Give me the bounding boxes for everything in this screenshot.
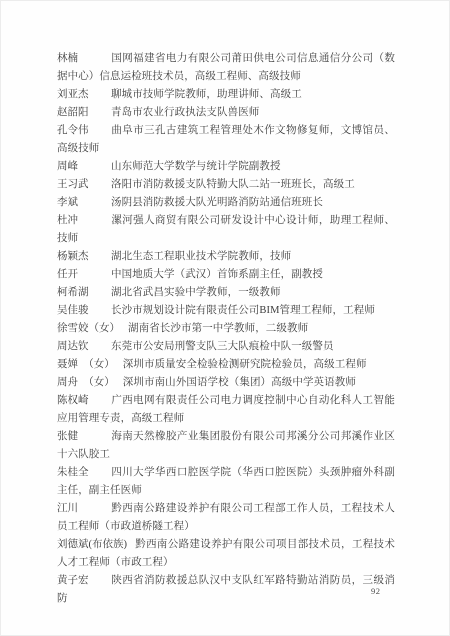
roster-entry: 王习武洛阳市消防救援支队特勤大队二站一班班长，高级工 (57, 176, 395, 194)
person-name: 江川 (57, 500, 103, 518)
person-description: 曲阜市三孔古建筑工程管理处木作文物修复师，文博馆员、高级技师 (57, 125, 395, 154)
roster-entry: 朱桂全四川大学华西口腔医学院（华西口腔医院）头颈肿瘤外科副主任，副主任医师 (57, 464, 395, 500)
roster-entry: 刘亚杰聊城市技师学院教师，助理讲师、高级工 (57, 86, 395, 104)
person-description: 长沙市规划设计院有限责任公司BIM管理工程师，工程师 (111, 305, 375, 316)
person-name: 周达钦 (57, 338, 103, 356)
person-name: 陈权崎 (57, 392, 103, 410)
person-description: 湖南省长沙市第一中学教师，二级教师 (128, 323, 308, 334)
person-description: 聊城市技师学院教师，助理讲师、高级工 (111, 89, 302, 100)
person-description: 深圳市南山外国语学校（集团）高级中学英语教师 (123, 377, 356, 388)
roster-entry: 孔令伟曲阜市三孔古建筑工程管理处木作文物修复师，文博馆员、高级技师 (57, 122, 395, 158)
person-name: 刘德斌(布依族) (57, 536, 127, 554)
roster-entry: 周峰山东师范大学数学与统计学院副教授 (57, 158, 395, 176)
person-description: 广西电网有限责任公司电力调度控制中心自动化科人工智能应用管理专责，高级工程师 (57, 395, 395, 424)
person-name: 周舟 （女） (57, 374, 115, 392)
person-description: 汤阴县消防救援大队光明路消防站通信班班长 (111, 197, 323, 208)
roster-entry: 杨颖杰湖北生态工程职业技术学院教师，技师 (57, 248, 395, 266)
person-description: 山东师范大学数学与统计学院副教授 (111, 161, 281, 172)
roster-entry: 张健海南天然橡胶产业集团股份有限公司邦溪分公司邦溪作业区十六队胶工 (57, 428, 395, 464)
roster-entry: 刘德斌(布依族)黔西南公路建设养护有限公司项目部技术员，工程技术人才工程师（市政… (57, 536, 395, 572)
person-name: 赵韶阳 (57, 104, 103, 122)
person-name: 杜冲 (57, 212, 103, 230)
roster-entry: 李斌汤阴县消防救援大队光明路消防站通信班班长 (57, 194, 395, 212)
roster-entry: 杜冲漯河强人商贸有限公司研发设计中心设计师，助理工程师、技师 (57, 212, 395, 248)
roster-entry: 周达钦东莞市公安局刑警支队三大队痕检中队一级警员 (57, 338, 395, 356)
person-name: 林楠 (57, 50, 103, 68)
person-name: 李斌 (57, 194, 103, 212)
roster-list: 林楠国网福建省电力有限公司莆田供电公司信息通信分公司（数据中心）信息运检班技术员… (57, 50, 395, 608)
person-name: 任开 (57, 266, 103, 284)
roster-entry: 徐雪姣（女）湖南省长沙市第一中学教师，二级教师 (57, 320, 395, 338)
roster-entry: 任开中国地质大学（武汉）首饰系副主任，副教授 (57, 266, 395, 284)
roster-entry: 林楠国网福建省电力有限公司莆田供电公司信息通信分公司（数据中心）信息运检班技术员… (57, 50, 395, 86)
person-name: 聂婵 （女） (57, 356, 115, 374)
person-name: 王习武 (57, 176, 103, 194)
roster-entry: 黄子宏陕西省消防救援总队汉中支队红军路特勤站消防员，三级消防 (57, 572, 395, 608)
person-name: 朱桂全 (57, 464, 103, 482)
roster-entry: 吴佳骏长沙市规划设计院有限责任公司BIM管理工程师，工程师 (57, 302, 395, 320)
person-description: 青岛市农业行政执法支队兽医师 (111, 107, 259, 118)
person-name: 黄子宏 (57, 572, 103, 590)
person-description: 海南天然橡胶产业集团股份有限公司邦溪分公司邦溪作业区十六队胶工 (57, 431, 395, 460)
roster-entry: 陈权崎广西电网有限责任公司电力调度控制中心自动化科人工智能应用管理专责，高级工程… (57, 392, 395, 428)
person-description: 湖北省武昌实验中学教师，一级教师 (111, 287, 281, 298)
person-name: 刘亚杰 (57, 86, 103, 104)
person-description: 黔西南公路建设养护有限公司工程部工作人员，工程技术人员工程师（市政道桥隧工程） (57, 503, 395, 532)
person-description: 四川大学华西口腔医学院（华西口腔医院）头颈肿瘤外科副主任，副主任医师 (57, 467, 395, 496)
person-description: 洛阳市消防救援支队特勤大队二站一班班长，高级工 (111, 179, 355, 190)
roster-entry: 周舟 （女）深圳市南山外国语学校（集团）高级中学英语教师 (57, 374, 395, 392)
person-description: 国网福建省电力有限公司莆田供电公司信息通信分公司（数据中心）信息运检班技术员，高… (57, 53, 395, 82)
person-name: 周峰 (57, 158, 103, 176)
person-name: 孔令伟 (57, 122, 103, 140)
person-description: 东莞市公安局刑警支队三大队痕检中队一级警员 (111, 341, 334, 352)
person-name: 杨颖杰 (57, 248, 103, 266)
person-description: 漯河强人商贸有限公司研发设计中心设计师，助理工程师、技师 (57, 215, 395, 244)
person-description: 中国地质大学（武汉）首饰系副主任，副教授 (111, 269, 323, 280)
roster-entry: 赵韶阳青岛市农业行政执法支队兽医师 (57, 104, 395, 122)
person-name: 徐雪姣（女） (57, 320, 120, 338)
roster-entry: 江川黔西南公路建设养护有限公司工程部工作人员，工程技术人员工程师（市政道桥隧工程… (57, 500, 395, 536)
page-number: 92 (371, 586, 381, 596)
person-name: 柯希湖 (57, 284, 103, 302)
document-page: 林楠国网福建省电力有限公司莆田供电公司信息通信分公司（数据中心）信息运检班技术员… (0, 0, 450, 636)
person-description: 陕西省消防救援总队汉中支队红军路特勤站消防员，三级消防 (57, 575, 395, 604)
person-name: 吴佳骏 (57, 302, 103, 320)
person-name: 张健 (57, 428, 103, 446)
roster-entry: 柯希湖湖北省武昌实验中学教师，一级教师 (57, 284, 395, 302)
roster-entry: 聂婵 （女）深圳市质量安全检验检测研究院检验员，高级工程师 (57, 356, 395, 374)
person-description: 深圳市质量安全检验检测研究院检验员，高级工程师 (123, 359, 367, 370)
person-description: 湖北生态工程职业技术学院教师，技师 (111, 251, 291, 262)
